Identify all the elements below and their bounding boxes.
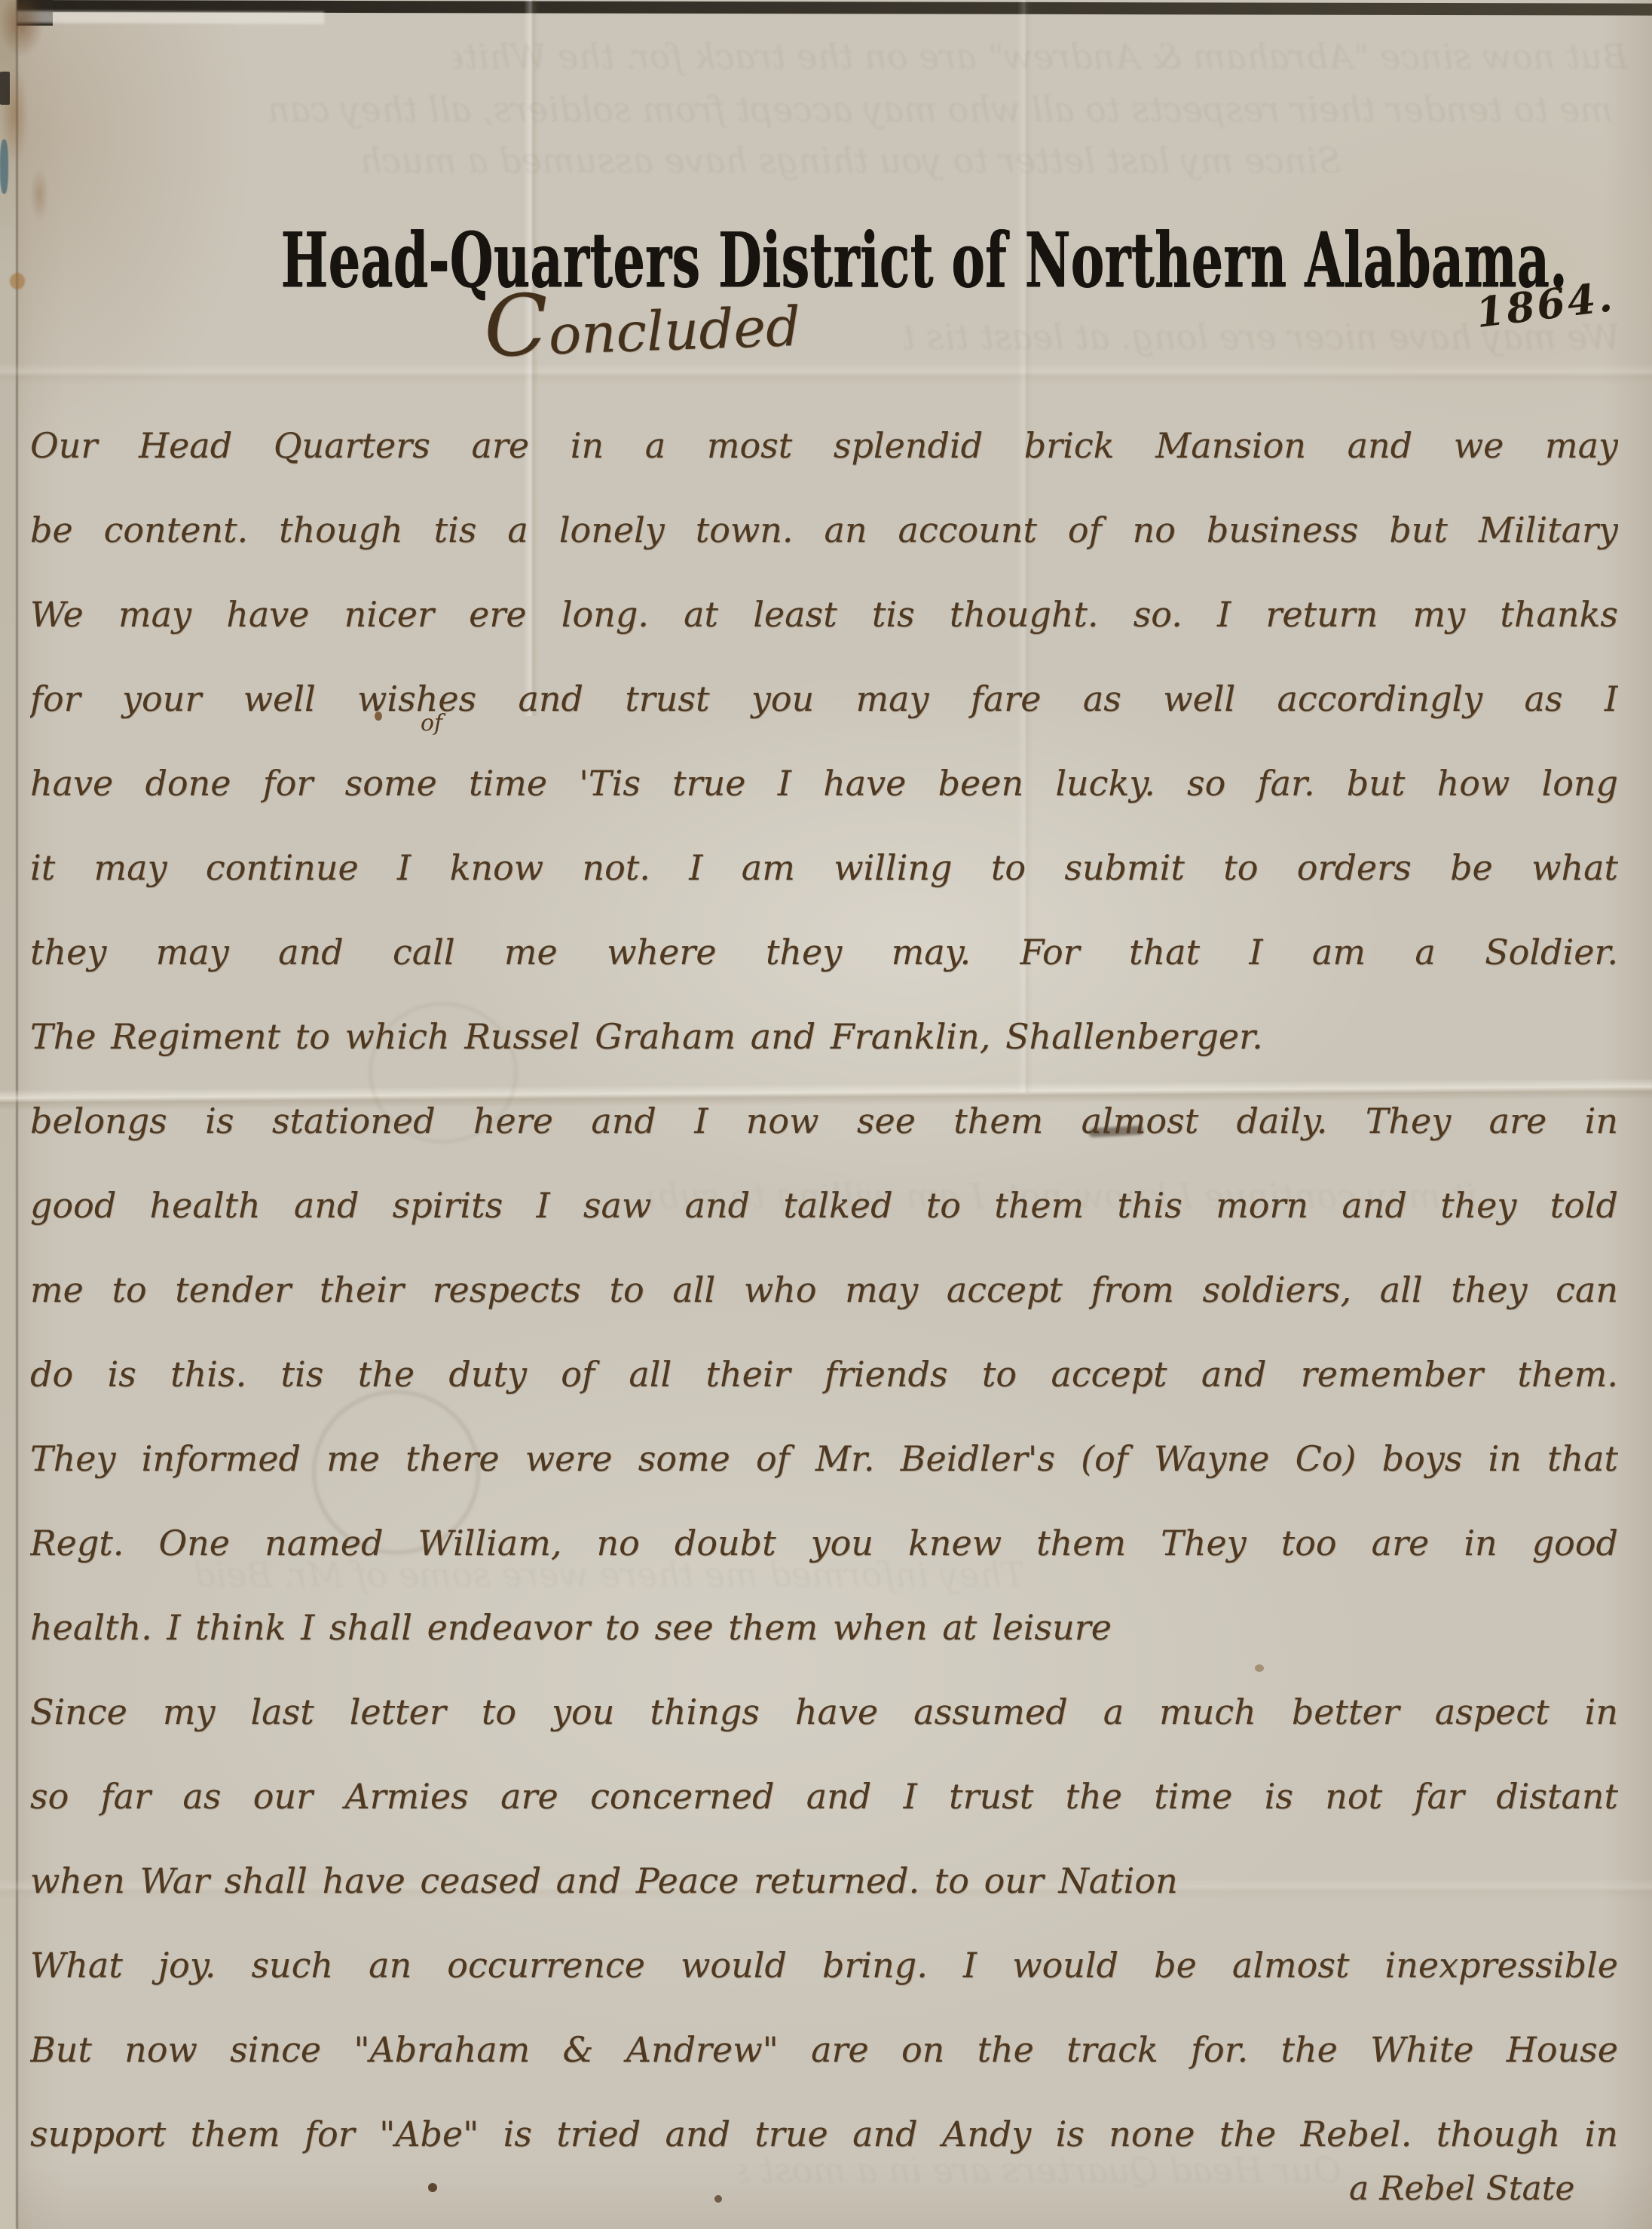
blue-mark: [0, 139, 8, 194]
handwritten-line: do is this. tis the duty of all their fr…: [30, 1332, 1618, 1416]
handwritten-line: They informed me there were some of Mr. …: [30, 1416, 1618, 1501]
handwritten-line: when War shall have ceased and Peace ret…: [30, 1839, 1618, 1923]
letter-body: Our Head Quarters are in a most splendid…: [30, 403, 1618, 2176]
ink-speck: [428, 2183, 437, 2192]
closing-fragment: a Rebel State: [1349, 2169, 1574, 2208]
handwritten-line: belongs is stationed here and I now see …: [30, 1079, 1618, 1163]
stain-spot: [10, 273, 25, 289]
handwritten-line: so far as our Armies are concerned and I…: [30, 1754, 1618, 1839]
line-text: Regt. One named William, no doubt you kn…: [30, 1524, 1618, 1563]
line-text: be content. though tis a lonely town. an…: [30, 511, 1618, 550]
bleed-through-text: But now since "Abraham & Andrew" are on …: [452, 36, 1628, 77]
line-text: they may and call me where they may. For…: [30, 933, 1618, 972]
line-text: when War shall have ceased and Peace ret…: [30, 1862, 1178, 1900]
handwritten-line: We may have nicer ere long. at least tis…: [30, 572, 1618, 657]
line-text: belongs is stationed here and I now see …: [30, 1102, 1618, 1141]
handwritten-line: they may and call me where they may. For…: [30, 910, 1618, 994]
line-text: Since my last letter to you things have …: [30, 1693, 1618, 1731]
bleed-through-text: me to tender their respects to all who m…: [38, 89, 1613, 130]
handwritten-line: health. I think I shall endeavor to see …: [30, 1585, 1618, 1670]
line-text: do is this. tis the duty of all their fr…: [30, 1355, 1618, 1394]
handwritten-line: Our Head Quarters are in a most splendid…: [30, 403, 1618, 488]
handwritten-line: Regt. One named William, no doubt you kn…: [30, 1501, 1618, 1585]
handwritten-line: for your well wishes and trust you may f…: [30, 657, 1618, 741]
faint-crease: [0, 363, 1652, 384]
line-text: it may continue I know not. I am willing…: [30, 849, 1618, 887]
line-text: The Regiment to which Russel Graham and …: [30, 1018, 1263, 1056]
handwritten-line: support them for "Abe" is tried and true…: [30, 2092, 1618, 2176]
handwritten-line: But now since "Abraham & Andrew" are on …: [30, 2007, 1618, 2092]
line-text: But now since "Abraham & Andrew" are on …: [30, 2031, 1618, 2069]
line-text: support them for "Abe" is tried and true…: [30, 2115, 1618, 2154]
line-text: have done for some time 'Tis true I have…: [30, 764, 1618, 803]
line-text: me to tender their respects to all who m…: [30, 1271, 1618, 1309]
subheading-concluded: Concluded: [482, 275, 801, 370]
handwritten-line: have done for some time 'Tis true I have…: [30, 741, 1618, 825]
ink-blot: [0, 72, 10, 105]
line-text: good health and spirits I saw and talked…: [30, 1186, 1618, 1225]
handwritten-line: What joy. such an occurrence would bring…: [30, 1923, 1618, 2007]
bleed-through-text: Since my last letter to you things have …: [362, 140, 1341, 181]
handwritten-line: Since my last letter to you things have …: [30, 1670, 1618, 1754]
handwritten-line: good health and spirits I saw and talked…: [30, 1163, 1618, 1248]
handwritten-line: The Regiment to which Russel Graham and …: [30, 994, 1618, 1079]
line-text: We may have nicer ere long. at least tis…: [30, 596, 1618, 634]
line-text: They informed me there were some of Mr. …: [30, 1440, 1618, 1478]
printed-letterhead: Head-Quarters District of Northern Alaba…: [281, 222, 1372, 298]
line-text: so far as our Armies are concerned and I…: [30, 1777, 1618, 1816]
handwritten-line: me to tender their respects to all who m…: [30, 1248, 1618, 1332]
letter-scan-page: But now since "Abraham & Andrew" are on …: [0, 0, 1652, 2229]
handwritten-line: it may continue I know not. I am willing…: [30, 825, 1618, 910]
line-text: for your well wishes and trust you may f…: [30, 680, 1618, 718]
handwritten-line: be content. though tis a lonely town. an…: [30, 488, 1618, 572]
interlinear-insertion: of: [421, 710, 442, 736]
line-text: What joy. such an occurrence would bring…: [30, 1946, 1618, 1985]
line-text: health. I think I shall endeavor to see …: [30, 1609, 1112, 1647]
line-text: Our Head Quarters are in a most splendid…: [30, 427, 1618, 465]
ink-speck: [714, 2195, 722, 2203]
